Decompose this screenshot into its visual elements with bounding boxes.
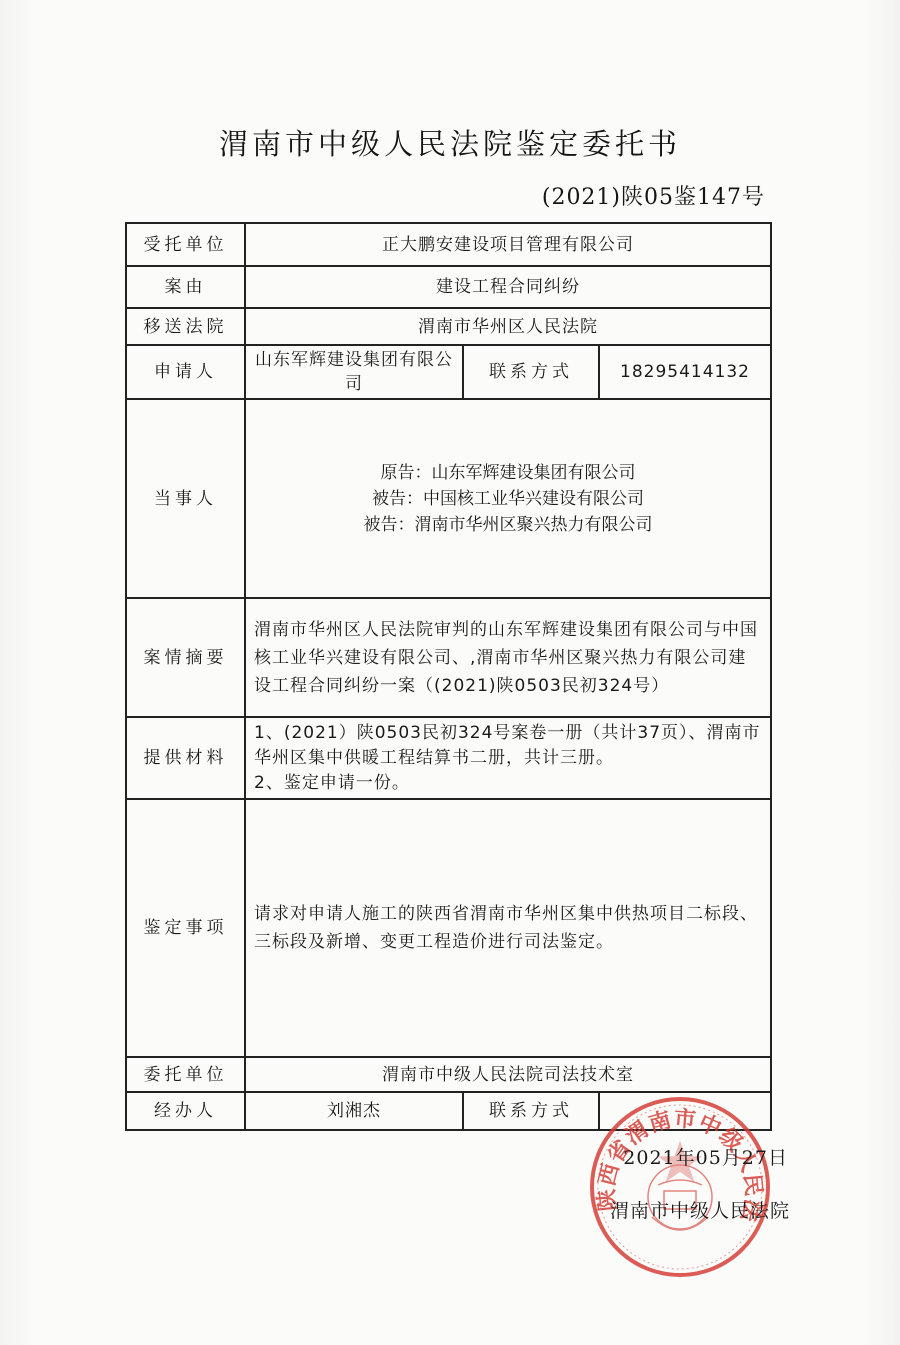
- document-title: 渭南市中级人民法院鉴定委托书: [0, 122, 900, 163]
- transfer-court-label: 移送法院: [126, 308, 245, 345]
- entrusting-unit-label: 委托单位: [126, 1057, 245, 1092]
- entrusted-unit-value: 正大鹏安建设项目管理有限公司: [245, 223, 771, 266]
- row-case-summary: 案情摘要 渭南市华州区人民法院审判的山东军辉建设集团有限公司与中国核工业华兴建设…: [126, 598, 771, 717]
- row-transfer-court: 移送法院 渭南市华州区人民法院: [126, 308, 771, 345]
- materials-item-1: 1、(2021）陕0503民初324号案卷一册（共计37页）、渭南市华州区集中供…: [254, 721, 762, 771]
- applicant-contact-value: 18295414132: [599, 345, 771, 399]
- document-number: (2021)陕05鉴147号: [542, 180, 765, 211]
- appraisal-items-value: 请求对申请人施工的陕西省渭南市华州区集中供热项目二标段、三标段及新增、变更工程造…: [245, 799, 771, 1057]
- applicant-contact-label: 联系方式: [463, 345, 599, 399]
- row-appraisal-items: 鉴定事项 请求对申请人施工的陕西省渭南市华州区集中供热项目二标段、三标段及新增、…: [126, 799, 771, 1057]
- entrustment-form-table: 受托单位 正大鹏安建设项目管理有限公司 案由 建设工程合同纠纷 移送法院 渭南市…: [125, 222, 772, 1131]
- applicant-label: 申请人: [126, 345, 245, 399]
- case-summary-label: 案情摘要: [126, 598, 245, 717]
- case-summary-value: 渭南市华州区人民法院审判的山东军辉建设集团有限公司与中国核工业华兴建设有限公司、…: [245, 598, 771, 717]
- handler-contact-label: 联系方式: [463, 1092, 599, 1130]
- row-entrusted-unit: 受托单位 正大鹏安建设项目管理有限公司: [126, 223, 771, 266]
- parties-value: 原告：山东军辉建设集团有限公司 被告：中国核工业华兴建设有限公司 被告：渭南市华…: [245, 399, 771, 598]
- cause-label: 案由: [126, 266, 245, 308]
- materials-item-2: 2、鉴定申请一份。: [254, 771, 762, 796]
- defendant-line-2: 被告：渭南市华州区聚兴热力有限公司: [254, 512, 762, 538]
- defendant-line-1: 被告：中国核工业华兴建设有限公司: [254, 486, 762, 512]
- row-applicant: 申请人 山东军辉建设集团有限公司 联系方式 18295414132: [126, 345, 771, 399]
- applicant-value: 山东军辉建设集团有限公司: [245, 345, 463, 399]
- handler-label: 经办人: [126, 1092, 245, 1130]
- materials-label: 提供材料: [126, 717, 245, 799]
- entrusted-unit-label: 受托单位: [126, 223, 245, 266]
- issue-date: 2021年05月27日: [623, 1143, 788, 1170]
- cause-value: 建设工程合同纠纷: [245, 266, 771, 308]
- row-entrusting-unit: 委托单位 渭南市中级人民法院司法技术室: [126, 1057, 771, 1092]
- row-parties: 当事人 原告：山东军辉建设集团有限公司 被告：中国核工业华兴建设有限公司 被告：…: [126, 399, 771, 598]
- row-materials: 提供材料 1、(2021）陕0503民初324号案卷一册（共计37页）、渭南市华…: [126, 717, 771, 799]
- parties-label: 当事人: [126, 399, 245, 598]
- court-seal-icon: 陕西省渭南市中级人民法院: [588, 1095, 772, 1279]
- issuing-court: 渭南市中级人民法院: [610, 1196, 790, 1223]
- handler-value: 刘湘杰: [245, 1092, 463, 1130]
- row-cause: 案由 建设工程合同纠纷: [126, 266, 771, 308]
- appraisal-items-label: 鉴定事项: [126, 799, 245, 1057]
- entrusting-unit-value: 渭南市中级人民法院司法技术室: [245, 1057, 771, 1092]
- materials-value: 1、(2021）陕0503民初324号案卷一册（共计37页）、渭南市华州区集中供…: [245, 717, 771, 799]
- transfer-court-value: 渭南市华州区人民法院: [245, 308, 771, 345]
- plaintiff-line: 原告：山东军辉建设集团有限公司: [254, 460, 762, 486]
